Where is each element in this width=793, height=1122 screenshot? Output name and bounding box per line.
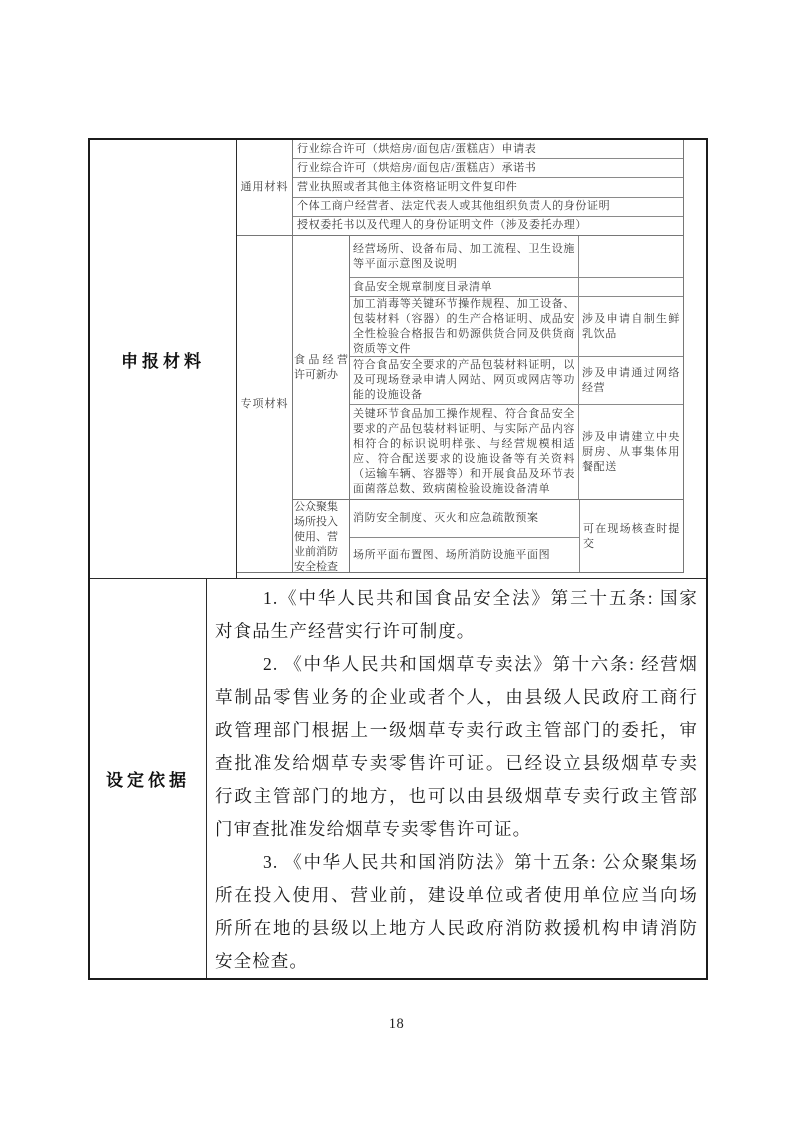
general-materials-header: 通用材料 bbox=[237, 140, 293, 235]
note-cell bbox=[579, 278, 683, 296]
table-row: 经营场所、设备布局、加工流程、卫生设施等平面示意图及说明 bbox=[350, 236, 683, 277]
material-text: 经营场所、设备布局、加工流程、卫生设施等平面示意图及说明 bbox=[353, 242, 575, 272]
material-item: 授权委托书以及代理人的身份证明文件（涉及委托办理） bbox=[297, 218, 587, 233]
row-header-label: 设定依据 bbox=[106, 766, 190, 791]
table-row: 个体工商户经营者、法定代表人或其他组织负责人的身份证明 bbox=[293, 197, 683, 216]
material-item: 营业执照或者其他主体资格证明文件复印件 bbox=[297, 180, 517, 195]
materials-nested-table: 通用材料 行业综合许可（烘焙房/面包店/蛋糕店）申请表 行业综合许可（烘焙房/面… bbox=[237, 140, 684, 573]
general-materials-list: 行业综合许可（烘焙房/面包店/蛋糕店）申请表 行业综合许可（烘焙房/面包店/蛋糕… bbox=[293, 140, 683, 235]
row-header-application-materials: 申报材料 bbox=[90, 140, 237, 578]
table-row: 消防安全制度、灭火和应急疏散预案 bbox=[350, 500, 579, 537]
special-materials-header: 专项材料 bbox=[237, 236, 293, 573]
food-license-group: 食品经营许可新办 经营场所、设备布局、加工流程、卫生设施等平面示意图及说明 食品… bbox=[293, 236, 683, 499]
note-text: 涉及申请建立中央厨房、从事集体用餐配送 bbox=[582, 430, 680, 475]
legal-basis-paragraph: 3. 《中华人民共和国消防法》第十五条: 公众聚集场所在投入使用、营业前，建设单… bbox=[215, 846, 698, 978]
material-cell: 加工消毒等关键环节操作规程、加工设备、包装材料（容器）的生产合格证明、成品安全性… bbox=[350, 297, 579, 356]
document-page: 申报材料 通用材料 行业综合许可（烘焙房/面包店/蛋糕店）申请表 行业综合许可（… bbox=[0, 0, 793, 1122]
note-cell-merged: 可在现场核查时提交 bbox=[580, 500, 683, 573]
material-text: 消防安全制度、灭火和应急疏散预案 bbox=[353, 511, 539, 526]
food-license-rows: 经营场所、设备布局、加工流程、卫生设施等平面示意图及说明 食品安全规章制度目录清… bbox=[350, 236, 683, 499]
row-header-legal-basis: 设定依据 bbox=[90, 579, 207, 978]
note-cell bbox=[579, 236, 683, 277]
table-row: 营业执照或者其他主体资格证明文件复印件 bbox=[293, 177, 683, 196]
table-row: 加工消毒等关键环节操作规程、加工设备、包装材料（容器）的生产合格证明、成品安全性… bbox=[350, 296, 683, 356]
fire-safety-rows: 消防安全制度、灭火和应急疏散预案 场所平面布置图、场所消防设施平面图 bbox=[350, 500, 580, 573]
general-materials-section: 通用材料 行业综合许可（烘焙房/面包店/蛋糕店）申请表 行业综合许可（烘焙房/面… bbox=[237, 140, 683, 235]
legal-basis-paragraph: 2. 《中华人民共和国烟草专卖法》第十六条: 经营烟草制品零售业务的企业或者个人… bbox=[215, 648, 698, 846]
legal-basis-paragraph: 1.《中华人民共和国食品安全法》第三十五条: 国家对食品生产经营实行许可制度。 bbox=[215, 582, 698, 648]
table-row: 食品安全规章制度目录清单 bbox=[350, 277, 683, 296]
special-materials-section: 专项材料 食品经营许可新办 经营场所、设备布局、加工流程、卫生设施等平面示意图及… bbox=[237, 235, 683, 573]
row-header-label: 申报材料 bbox=[121, 347, 205, 372]
food-license-header: 食品经营许可新办 bbox=[293, 236, 350, 499]
special-materials-groups: 食品经营许可新办 经营场所、设备布局、加工流程、卫生设施等平面示意图及说明 食品… bbox=[293, 236, 683, 573]
fire-safety-label: 公众聚集场所投入使用、营业前消防安全检查 bbox=[294, 500, 348, 574]
note-cell: 涉及申请建立中央厨房、从事集体用餐配送 bbox=[579, 405, 683, 499]
material-cell: 关键环节食品加工操作规程、符合食品安全要求的产品包装材料证明、与实际产品内容相符… bbox=[350, 405, 579, 499]
fire-safety-group: 公众聚集场所投入使用、营业前消防安全检查 消防安全制度、灭火和应急疏散预案 场所… bbox=[293, 499, 683, 573]
material-text: 关键环节食品加工操作规程、符合食品安全要求的产品包装材料证明、与实际产品内容相符… bbox=[353, 407, 575, 497]
legal-basis-row: 设定依据 1.《中华人民共和国食品安全法》第三十五条: 国家对食品生产经营实行许… bbox=[90, 579, 706, 978]
table-row: 行业综合许可（烘焙房/面包店/蛋糕店）申请表 bbox=[293, 140, 683, 158]
material-cell: 经营场所、设备布局、加工流程、卫生设施等平面示意图及说明 bbox=[350, 236, 579, 277]
material-text: 加工消毒等关键环节操作规程、加工设备、包装材料（容器）的生产合格证明、成品安全性… bbox=[353, 297, 575, 357]
page-number: 18 bbox=[0, 1016, 793, 1033]
table-row: 授权委托书以及代理人的身份证明文件（涉及委托办理） bbox=[293, 216, 683, 235]
food-license-label: 食品经营许可新办 bbox=[294, 353, 348, 383]
material-cell: 符合食品安全要求的产品包装材料证明，以及可现场登录申请人网站、网页或网店等功能的… bbox=[350, 357, 579, 404]
note-cell: 涉及申请自制生鲜乳饮品 bbox=[579, 297, 683, 356]
material-item: 个体工商户经营者、法定代表人或其他组织负责人的身份证明 bbox=[297, 199, 610, 214]
table-row: 关键环节食品加工操作规程、符合食品安全要求的产品包装材料证明、与实际产品内容相符… bbox=[350, 404, 683, 499]
note-cell: 涉及申请通过网络经营 bbox=[579, 357, 683, 404]
materials-cell: 通用材料 行业综合许可（烘焙房/面包店/蛋糕店）申请表 行业综合许可（烘焙房/面… bbox=[237, 140, 706, 578]
material-text: 场所平面布置图、场所消防设施平面图 bbox=[353, 548, 550, 563]
fire-safety-header: 公众聚集场所投入使用、营业前消防安全检查 bbox=[293, 500, 350, 573]
table-row: 场所平面布置图、场所消防设施平面图 bbox=[350, 537, 579, 574]
license-info-table: 申报材料 通用材料 行业综合许可（烘焙房/面包店/蛋糕店）申请表 行业综合许可（… bbox=[88, 138, 708, 980]
material-cell: 食品安全规章制度目录清单 bbox=[350, 278, 579, 296]
table-row: 行业综合许可（烘焙房/面包店/蛋糕店）承诺书 bbox=[293, 158, 683, 177]
material-text: 食品安全规章制度目录清单 bbox=[353, 280, 575, 295]
note-text: 涉及申请通过网络经营 bbox=[582, 366, 680, 396]
note-text: 涉及申请自制生鲜乳饮品 bbox=[582, 312, 680, 342]
material-item: 行业综合许可（烘焙房/面包店/蛋糕店）承诺书 bbox=[297, 161, 536, 176]
note-text: 可在现场核查时提交 bbox=[583, 522, 680, 552]
material-item: 行业综合许可（烘焙房/面包店/蛋糕店）申请表 bbox=[297, 142, 536, 157]
material-text: 符合食品安全要求的产品包装材料证明，以及可现场登录申请人网站、网页或网店等功能的… bbox=[353, 358, 575, 403]
table-row: 符合食品安全要求的产品包装材料证明，以及可现场登录申请人网站、网页或网店等功能的… bbox=[350, 356, 683, 404]
legal-basis-cell: 1.《中华人民共和国食品安全法》第三十五条: 国家对食品生产经营实行许可制度。 … bbox=[207, 579, 706, 978]
application-materials-row: 申报材料 通用材料 行业综合许可（烘焙房/面包店/蛋糕店）申请表 行业综合许可（… bbox=[90, 140, 706, 579]
